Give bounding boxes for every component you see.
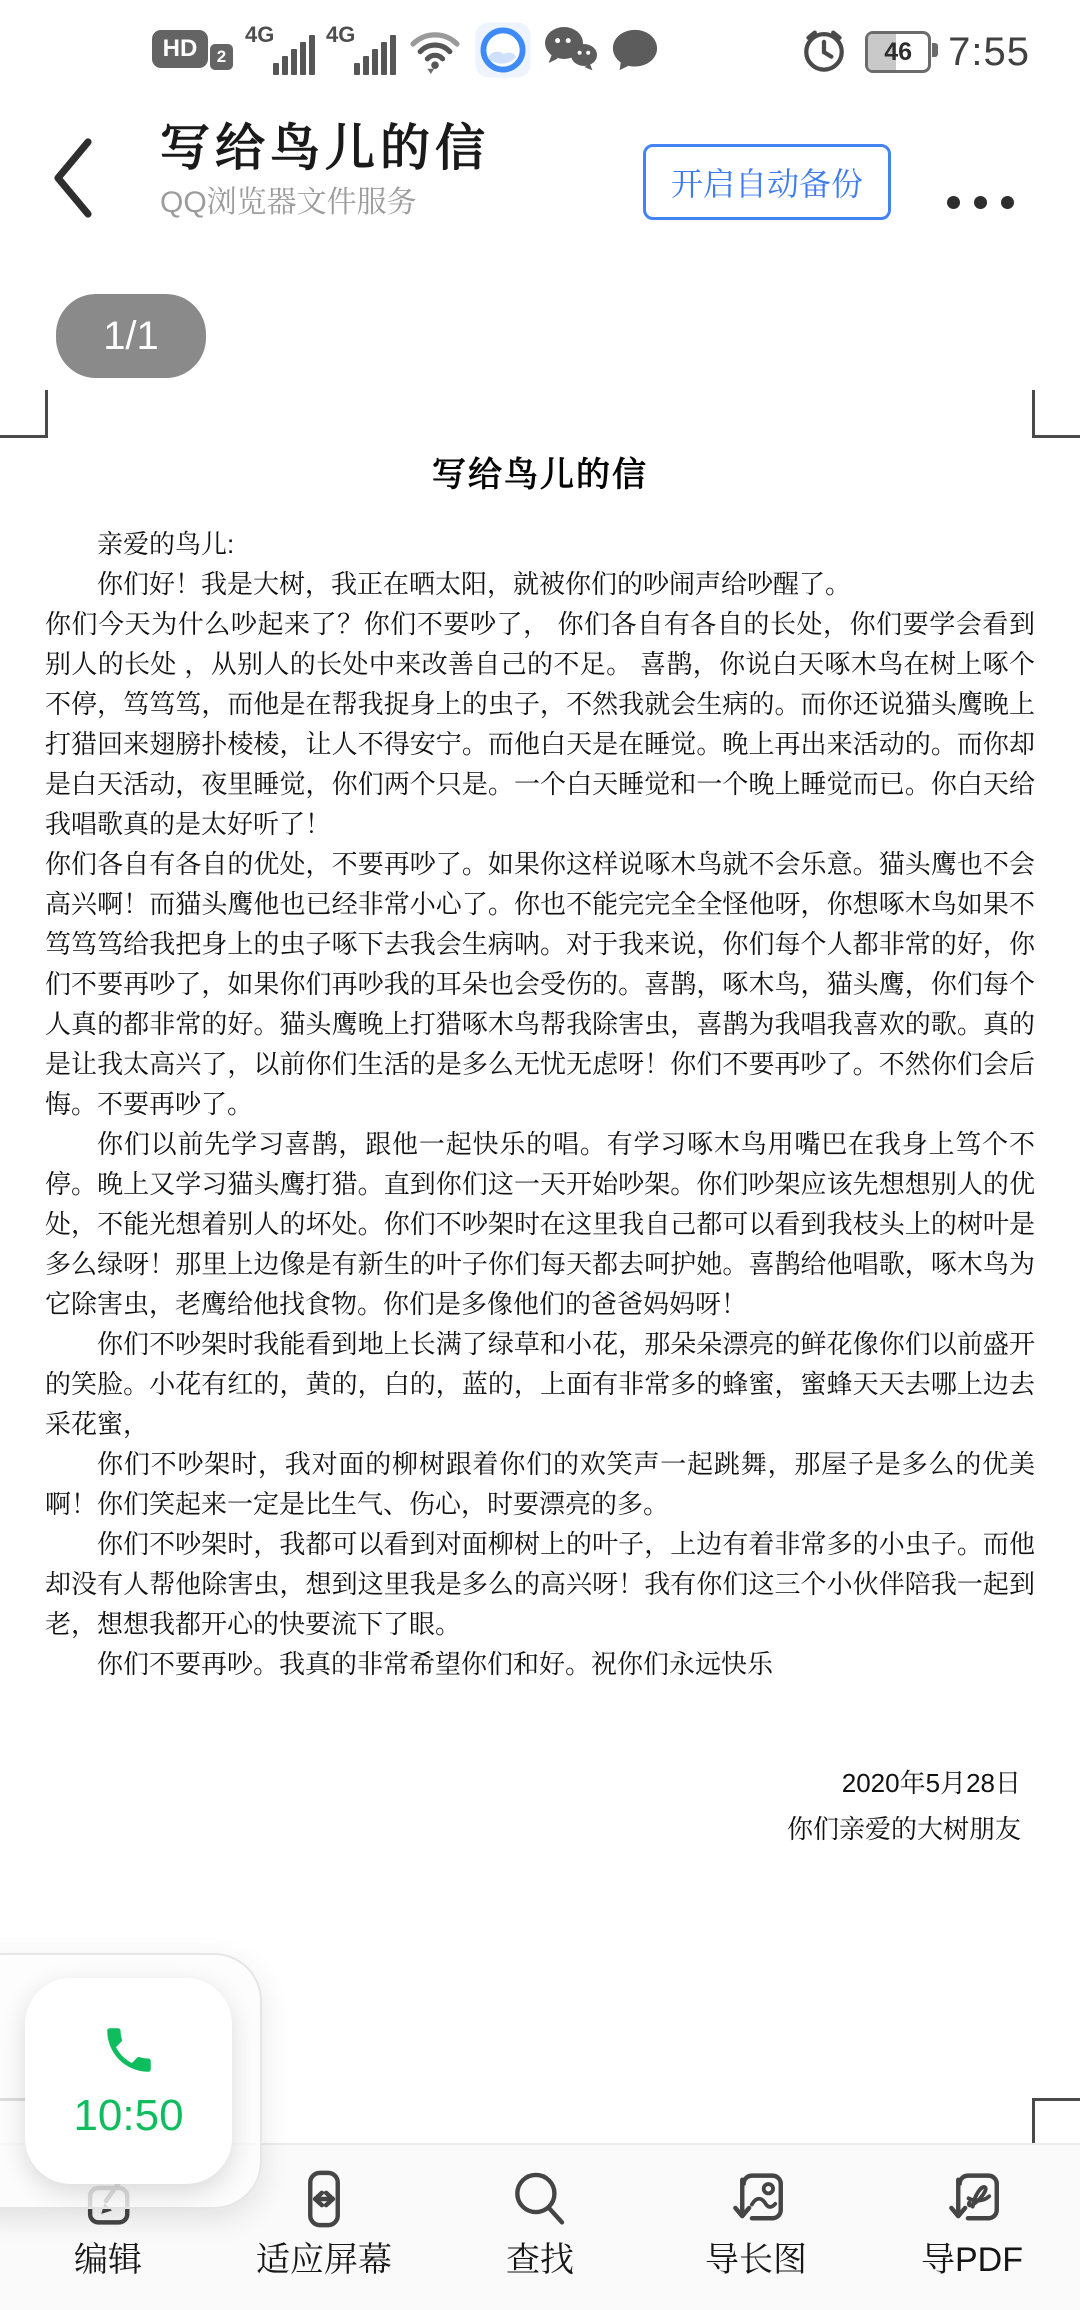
toolbar-item-export-long-image[interactable]: 导长图 xyxy=(648,2145,864,2310)
signature-block: 2020年5月28日 你们亲爱的大树朋友 xyxy=(45,1760,1035,1852)
document-title: 写给鸟儿的信 xyxy=(45,447,1035,496)
letter-signature: 你们亲爱的大树朋友 xyxy=(45,1806,1021,1852)
letter-paragraph: 你们不要再吵。我真的非常希望你们和好。祝你们永远快乐 xyxy=(45,1644,1035,1684)
message-bubble-icon xyxy=(610,26,660,79)
network-type-label: 4G xyxy=(245,22,274,48)
page-corner-mark-top-right xyxy=(1032,390,1080,438)
more-options-button[interactable] xyxy=(947,196,1014,209)
dot xyxy=(947,196,960,209)
battery-percent: 46 xyxy=(884,38,912,67)
battery-nub xyxy=(932,43,938,57)
hd-badge: HD xyxy=(152,30,208,68)
app-header: 写给鸟儿的信 QQ浏览器文件服务 开启自动备份 xyxy=(0,100,1080,254)
letter-paragraph: 你们不吵架时，我都可以看到对面柳树上的叶子，上边有着非常多的小虫子。而他却没有人… xyxy=(45,1524,1035,1644)
alarm-clock-icon xyxy=(800,26,848,79)
header-title-block: 写给鸟儿的信 QQ浏览器文件服务 xyxy=(160,118,630,220)
toolbar-item-label: 导PDF xyxy=(921,2241,1023,2279)
wifi-traffic-arrows xyxy=(427,68,434,73)
wifi-icon xyxy=(407,24,463,81)
export-pdf-icon xyxy=(939,2159,1005,2239)
signal-bars xyxy=(273,35,315,75)
letter-paragraph: 亲爱的鸟儿: xyxy=(45,524,1035,564)
letter-paragraph: 你们不吵架时我能看到地上长满了绿草和小花，那朵朵漂亮的鲜花像你们以前盛开的笑脸。… xyxy=(45,1324,1035,1444)
letter-paragraph: 你们今天为什么吵起来了？你们不要吵了， 你们各自有各自的长处，你们要学会看到别人… xyxy=(45,604,1035,844)
toolbar-item-export-pdf[interactable]: 导PDF xyxy=(864,2145,1080,2310)
letter-paragraph: 你们以前先学习喜鹊，跟他一起快乐的唱。有学习啄木鸟用嘴巴在我身上笃个不停。晚上又… xyxy=(45,1124,1035,1324)
page-corner-mark-bottom-right xyxy=(1032,2098,1080,2146)
file-service-subtitle: QQ浏览器文件服务 xyxy=(160,186,630,220)
qq-browser-icon xyxy=(474,21,532,84)
dot xyxy=(974,196,987,209)
letter-paragraph: 你们各自有各自的优处，不要再吵了。如果你这样说啄木鸟就不会乐意。猫头鹰也不会高兴… xyxy=(45,844,1035,1124)
volte-hd-icon: HD 2 xyxy=(152,26,234,78)
dot xyxy=(1001,196,1014,209)
clock-time: 7:55 xyxy=(948,30,1030,75)
toolbar-item-label: 适应屏幕 xyxy=(256,2241,392,2279)
toolbar-item-label: 导长图 xyxy=(705,2241,807,2279)
battery-indicator: 46 xyxy=(865,31,931,73)
status-bar: HD 2 4G 4G xyxy=(0,0,1080,100)
fit-screen-icon xyxy=(291,2159,357,2239)
network-type-label: 4G xyxy=(326,22,355,48)
phone-screen: HD 2 4G 4G xyxy=(0,0,1080,2310)
enable-auto-backup-button[interactable]: 开启自动备份 xyxy=(643,144,891,220)
document-page: 写给鸟儿的信 亲爱的鸟儿: 你们好！我是大树，我正在晒太阳，就被你们的吵闹声给吵… xyxy=(45,447,1035,1852)
export-long-image-icon xyxy=(723,2159,789,2239)
file-title: 写给鸟儿的信 xyxy=(160,118,630,178)
wechat-icon xyxy=(543,25,599,80)
document-viewer[interactable]: 1/1 写给鸟儿的信 亲爱的鸟儿: 你们好！我是大树，我正在晒太阳，就被你们的吵… xyxy=(0,252,1080,2145)
hd-sim-badge: 2 xyxy=(210,44,233,70)
phone-icon xyxy=(100,2021,158,2079)
toolbar-item-label: 编辑 xyxy=(74,2241,142,2279)
status-bar-right: 46 7:55 xyxy=(800,24,1030,80)
back-button[interactable] xyxy=(50,136,94,220)
letter-paragraph: 你们好！我是大树，我正在晒太阳，就被你们的吵闹声给吵醒了。 xyxy=(45,564,1035,604)
toolbar-item-label: 查找 xyxy=(506,2241,574,2279)
signal-strength-icon-sim1: 4G xyxy=(245,25,315,79)
toolbar-item-find[interactable]: 查找 xyxy=(432,2145,648,2310)
search-icon xyxy=(507,2159,573,2239)
ongoing-call-widget[interactable]: 10:50 xyxy=(25,1978,232,2184)
call-duration: 10:50 xyxy=(73,2091,183,2141)
page-indicator-badge: 1/1 xyxy=(56,294,206,378)
page-corner-mark-top-left xyxy=(0,390,48,438)
letter-paragraph: 你们不吵架时，我对面的柳树跟着你们的欢笑声一起跳舞，那屋子是多么的优美啊！你们笑… xyxy=(45,1444,1035,1524)
signal-bars xyxy=(354,35,396,75)
chevron-left-icon xyxy=(50,136,94,220)
status-bar-left: HD 2 4G 4G xyxy=(152,24,660,80)
signal-strength-icon-sim2: 4G xyxy=(326,25,396,79)
letter-date: 2020年5月28日 xyxy=(45,1760,1021,1806)
